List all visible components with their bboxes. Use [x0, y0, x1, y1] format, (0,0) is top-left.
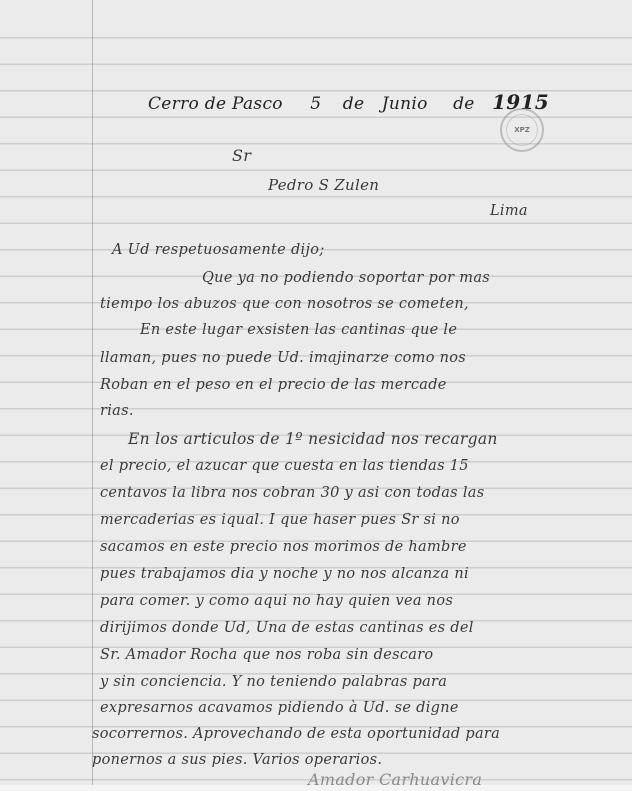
- de-2: de: [453, 94, 475, 114]
- body-line-17: y sin conciencia. Y no teniendo palabras…: [100, 674, 447, 690]
- salutation: Sr: [232, 146, 251, 165]
- body-line-2: Que ya no podiendo soportar por mas: [202, 270, 490, 286]
- body-line-8: En los articulos de 1º nesicidad nos rec…: [128, 430, 498, 448]
- month: Junio: [382, 94, 428, 114]
- body-line-3: tiempo los abuzos que con nosotros se co…: [100, 296, 469, 312]
- page-bottom-edge: [0, 785, 632, 791]
- body-line-16: Sr. Amador Rocha que nos roba sin descar…: [100, 647, 433, 663]
- body-line-7: rias.: [100, 403, 134, 419]
- stamp-text: XPZ: [506, 114, 538, 146]
- body-line-15: dirijimos donde Ud, Una de estas cantina…: [100, 620, 474, 636]
- recipient: Pedro S Zulen: [268, 176, 379, 194]
- place: Cerro de Pasco: [148, 94, 283, 114]
- body-line-20: ponernos a sus pies. Varios operarios.: [92, 752, 382, 768]
- body-line-13: pues trabajamos dia y noche y no nos alc…: [100, 566, 469, 582]
- body-line-10: centavos la libra nos cobran 30 y asi co…: [100, 485, 484, 501]
- body-line-5: llaman, pues no puede Ud. imajinarze com…: [100, 350, 466, 366]
- body-line-6: Roban en el peso en el precio de las mer…: [100, 377, 447, 393]
- body-line-12: sacamos en este precio nos morimos de ha…: [100, 539, 467, 555]
- body-line-4: En este lugar exsisten las cantinas que …: [140, 322, 457, 338]
- body-line-18: expresarnos acavamos pidiendo à Ud. se d…: [100, 700, 459, 716]
- day: 5: [310, 94, 321, 114]
- body-line-19: socorrernos. Aprovechando de esta oportu…: [92, 726, 500, 742]
- city: Lima: [490, 203, 528, 219]
- body-line-1: A Ud respetuosamente dijo;: [112, 242, 325, 258]
- library-stamp: XPZ: [500, 108, 544, 152]
- margin-line: [92, 0, 93, 791]
- letter-page: Cerro de Pasco 5 de Junio de 1915 XPZ Sr…: [0, 0, 632, 791]
- de-1: de: [343, 94, 365, 114]
- body-line-14: para comer. y como aqui no hay quien vea…: [100, 593, 453, 609]
- body-line-9: el precio, el azucar que cuesta en las t…: [100, 458, 469, 474]
- body-line-11: mercaderias es iqual. I que haser pues S…: [100, 512, 460, 528]
- place-date-line: Cerro de Pasco 5 de Junio de 1915: [148, 90, 549, 114]
